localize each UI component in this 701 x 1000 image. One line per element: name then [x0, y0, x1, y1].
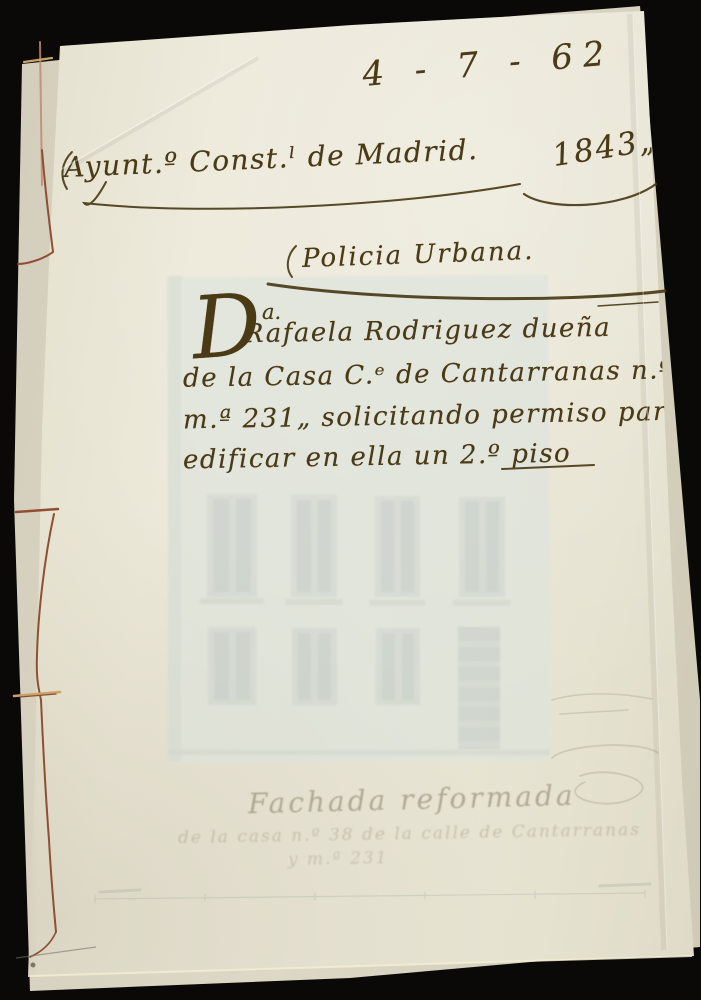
ink-flourishes [62, 152, 665, 469]
bleedthrough-signature-rubric [552, 694, 658, 804]
paper-creases [30, 14, 692, 976]
overlay-marks [0, 0, 701, 1000]
binding-threads [14, 42, 60, 957]
pencil-marks [16, 947, 96, 968]
document-photo: Fachada reformada de la casa n.º 38 de l… [0, 0, 701, 1000]
bleedthrough-scale-bar [95, 884, 650, 903]
